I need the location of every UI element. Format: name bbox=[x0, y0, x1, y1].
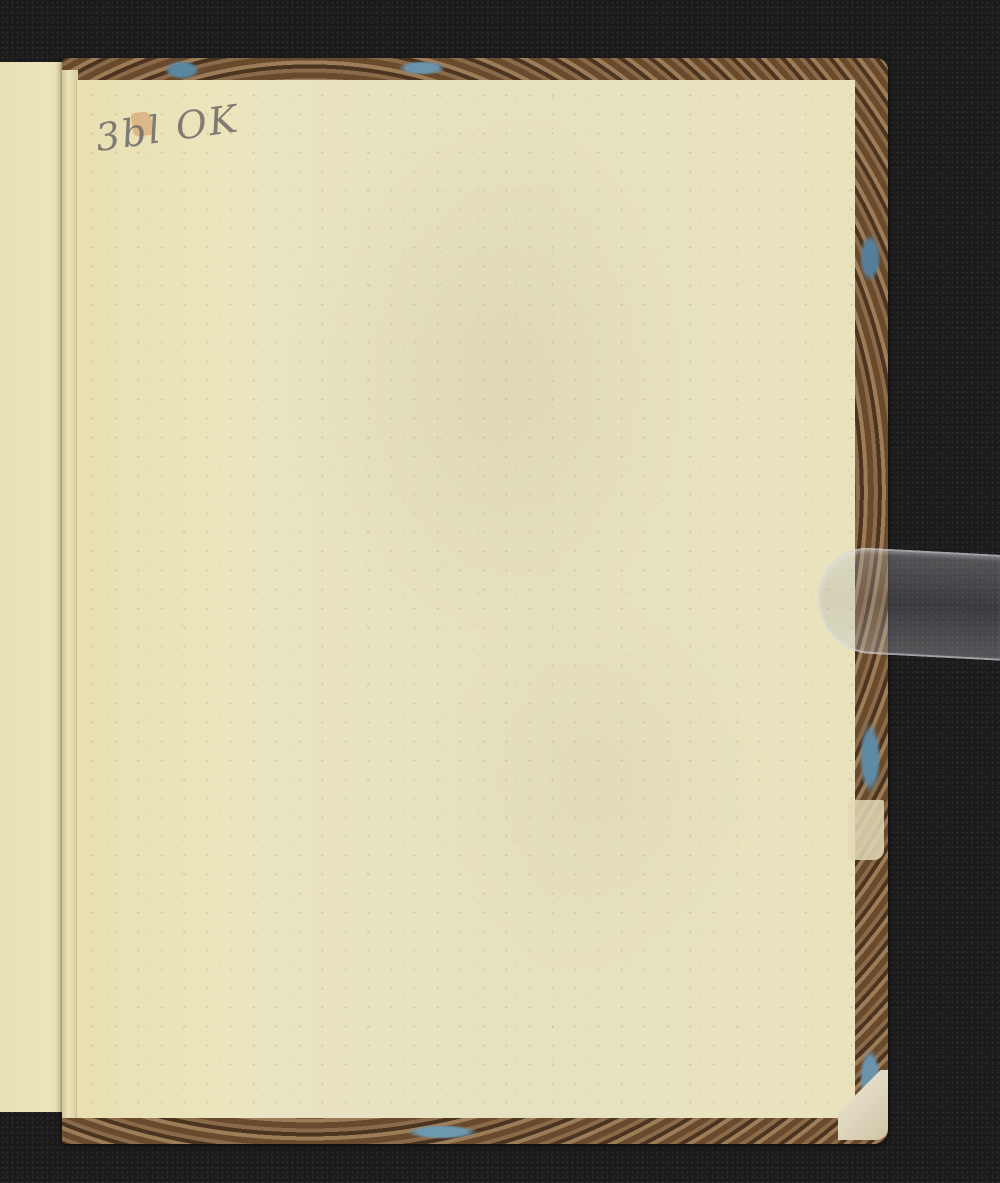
blank-endpaper: 3bl OK bbox=[76, 80, 855, 1118]
cover-tear bbox=[848, 800, 884, 860]
plastic-book-clip bbox=[818, 545, 1000, 661]
cover-corner-wear bbox=[838, 1070, 888, 1140]
paper-foxing bbox=[77, 80, 855, 1118]
